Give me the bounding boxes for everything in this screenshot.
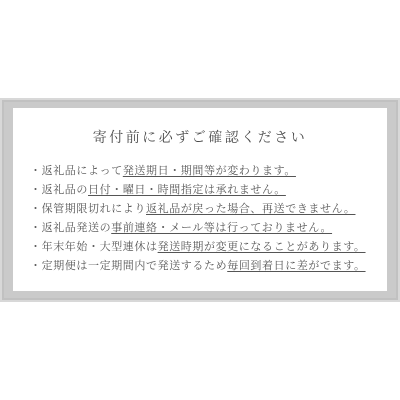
notice-item-lead: 定期便は一定期間内で発送するため [42,260,228,272]
bullet-marker: ・ [30,260,42,272]
notice-item-emphasis: 事前連絡・メール等は行っておりません。 [111,222,332,234]
notice-item-lead: 返礼品発送の [42,222,112,234]
notice-item-emphasis: 発送時期が変更になることがあります。 [158,241,366,253]
bullet-marker: ・ [30,241,42,253]
notice-item-lead: 返礼品の [42,184,88,196]
notice-item-emphasis: 日付・曜日・時間指定は承れません。 [88,184,286,196]
notice-card: 寄付前に必ずご確認ください ・返礼品によって発送期日・期間等が変わります。 ・返… [0,98,400,302]
notice-title: 寄付前に必ずご確認ください [13,129,387,145]
bullet-marker: ・ [30,222,42,234]
page-background: { "colors": { "frame_gray": "#cacaca", "… [0,0,400,400]
notice-item-lead: 返礼品によって [42,165,123,177]
notice-item: ・返礼品の日付・曜日・時間指定は承れません。 [30,181,387,200]
notice-item-lead: 保管期限切れにより [42,203,146,215]
bullet-marker: ・ [30,203,42,215]
notice-item: ・保管期限切れにより返礼品が戻った場合、再送できません。 [30,200,387,219]
notice-item-emphasis: 返礼品が戻った場合、再送できません。 [146,203,355,215]
notice-item: ・年末年始・大型連休は発送時期が変更になることがあります。 [30,238,387,257]
notice-list: ・返礼品によって発送期日・期間等が変わります。 ・返礼品の日付・曜日・時間指定は… [13,162,387,276]
notice-item-emphasis: 発送期日・期間等が変わります。 [123,165,296,177]
notice-item-emphasis: 毎回到着日に差がでます。 [227,260,365,272]
notice-item: ・返礼品発送の事前連絡・メール等は行っておりません。 [30,219,387,238]
notice-item-lead: 年末年始・大型連休は [42,241,158,253]
notice-item: ・返礼品によって発送期日・期間等が変わります。 [30,162,387,181]
notice-item: ・定期便は一定期間内で発送するため毎回到着日に差がでます。 [30,257,387,276]
bullet-marker: ・ [30,165,42,177]
bullet-marker: ・ [30,184,42,196]
notice-card-inner: 寄付前に必ずご確認ください ・返礼品によって発送期日・期間等が変わります。 ・返… [13,108,387,291]
